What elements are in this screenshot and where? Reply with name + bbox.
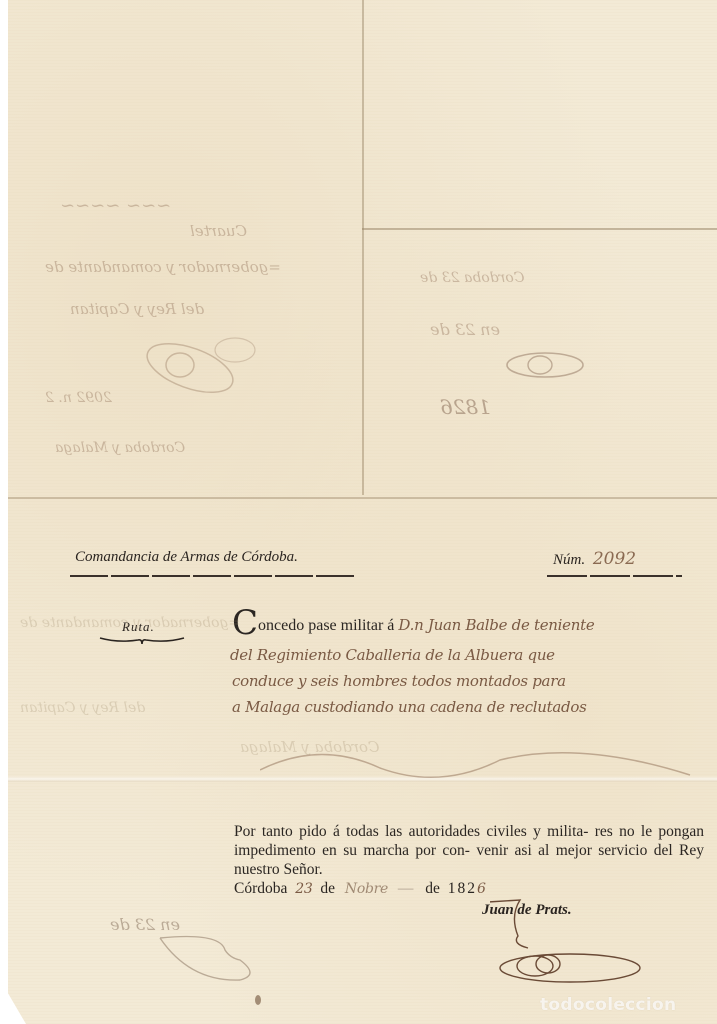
bleed-through-text: 2092 n. 2 — [45, 390, 112, 406]
signature-rubric-icon — [490, 896, 650, 986]
date-year-printed: 182 — [448, 880, 477, 897]
bleed-through-text: ~~~ ~~~~ — [60, 195, 171, 216]
fold-line-upper-right — [362, 228, 717, 230]
header-rule-right — [547, 575, 682, 577]
bleed-through-flourish-icon — [130, 930, 270, 990]
place-name: Córdoba — [234, 880, 287, 897]
grant-handwritten-line: D.n Juan Balbe de teniente — [398, 616, 594, 634]
date-de: de — [425, 880, 440, 897]
bleed-through-text: Cordoba 23 de — [420, 270, 525, 286]
date-de: de — [320, 880, 335, 897]
issuing-office: Comandancia de Armas de Córdoba. — [75, 549, 298, 566]
number-value: 2092 — [593, 549, 636, 569]
number-label: Núm. — [553, 552, 585, 568]
grant-handwritten-line: a Malaga custodiando una cadena de reclu… — [232, 698, 712, 716]
bleed-through-text: =gobernador y comandante de — [20, 615, 240, 631]
grant-handwritten-line: del Regimiento Caballeria de la Albuera … — [230, 646, 712, 664]
date-year-digit: 6 — [477, 881, 486, 897]
document-number: Núm. 2092 — [553, 549, 636, 569]
header-rule-left — [70, 575, 355, 577]
bleed-through-text: del Rey y Capitan — [20, 700, 145, 716]
bleed-through-text: en 23 de — [430, 320, 500, 339]
ruta-flourish-icon — [98, 634, 186, 646]
bleed-through-text: Cordoba y Malaga — [55, 440, 185, 456]
closing-paragraph: Por tanto pido á todas las autoridades c… — [234, 822, 704, 899]
grant-text: Concedo pase militar á D.n Juan Balbe de… — [232, 608, 712, 716]
grant-printed-intro: oncedo pase militar á — [258, 617, 394, 634]
bleed-through-text: del Rey y Capitan — [70, 300, 204, 318]
ink-spot — [255, 995, 261, 1005]
fold-line-middle — [8, 497, 717, 499]
bleed-through-text: Cuartel — [190, 222, 247, 240]
fold-line-vertical — [362, 0, 364, 495]
grant-handwritten-line: conduce y seis hombres todos montados pa… — [232, 672, 712, 690]
grant-first-line: Concedo pase militar á D.n Juan Balbe de… — [232, 608, 712, 638]
watermark: todocoleccion — [540, 995, 676, 1015]
bleed-through-flourish-icon — [260, 740, 700, 790]
bleed-through-text: =gobernador y comandante de — [45, 258, 281, 276]
closing-printed-text: Por tanto pido á todas las autoridades c… — [234, 823, 704, 878]
bleed-through-text: 1826 — [440, 395, 491, 419]
date-day: 23 — [295, 881, 312, 897]
bleed-through-flourish-icon — [140, 330, 270, 400]
bleed-through-flourish-icon — [500, 345, 590, 385]
date-month: Nobre — [345, 881, 388, 897]
